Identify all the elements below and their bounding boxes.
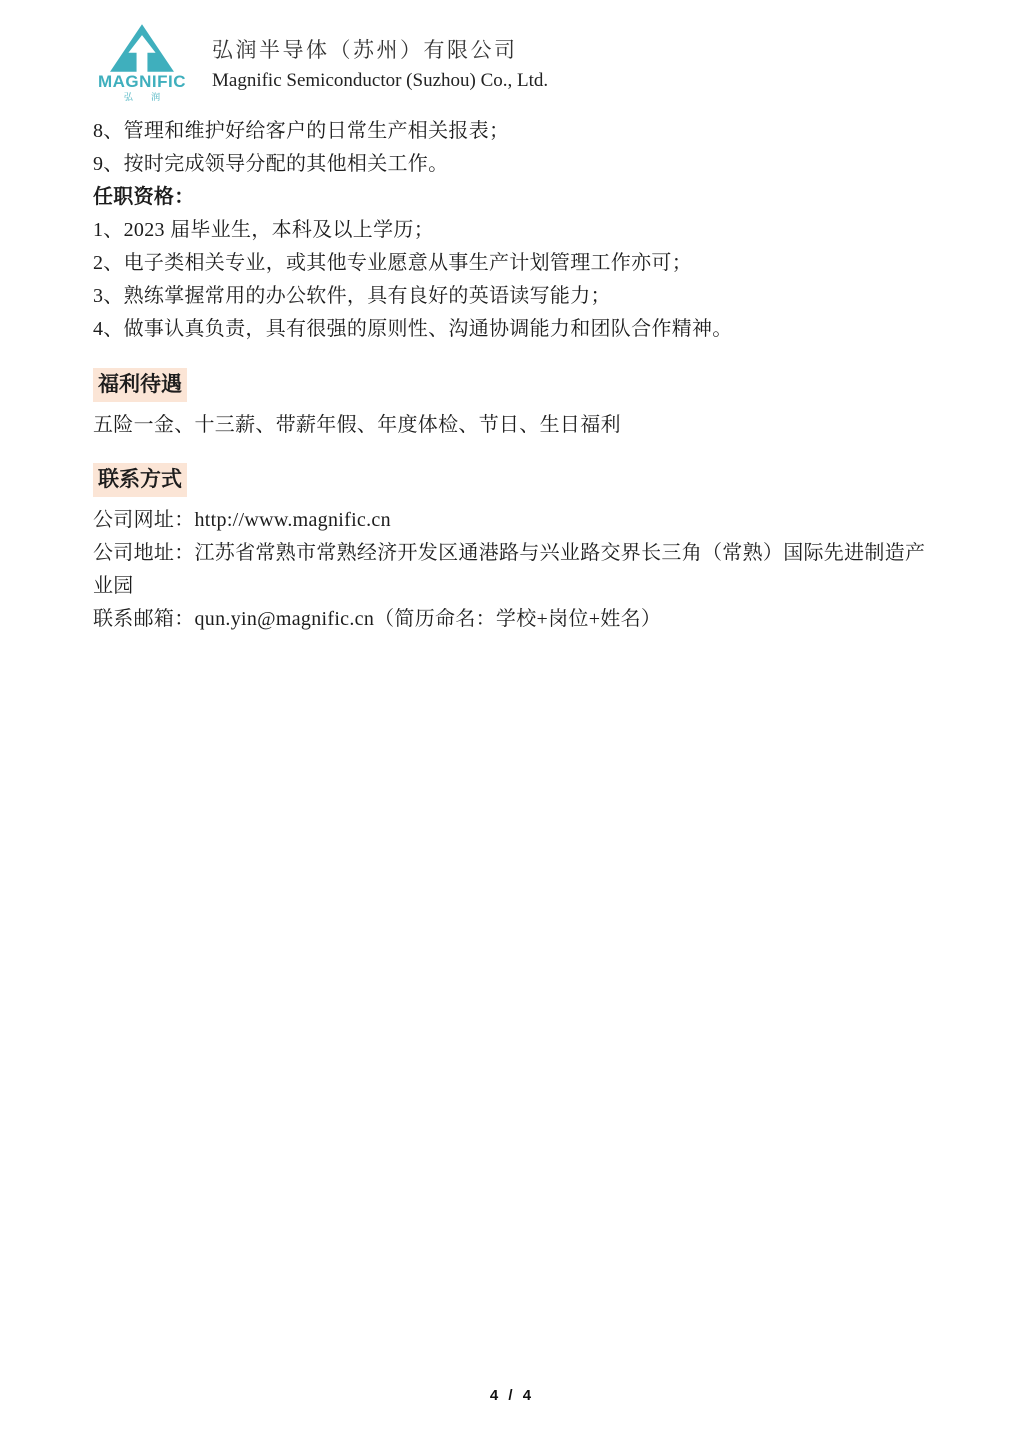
- contact-address: 公司地址：江苏省常熟市常熟经济开发区通港路与兴业路交界长三角（常熟）国际先进制造…: [93, 537, 936, 603]
- qualification-item: 4、做事认真负责，具有很强的原则性、沟通协调能力和团队合作精神。: [93, 313, 936, 346]
- document-page: MAGNIFIC 弘 润 弘润半导体（苏州）有限公司 Magnific Semi…: [0, 0, 1024, 1448]
- contact-website: 公司网址：http://www.magnific.cn: [93, 504, 936, 537]
- logo-brand-chinese: 弘 润: [90, 91, 194, 103]
- magnific-logo-icon: [90, 24, 194, 72]
- document-body: 8、管理和维护好给客户的日常生产相关报表； 9、按时完成领导分配的其他相关工作。…: [93, 115, 936, 636]
- qualification-item: 1、2023 届毕业生，本科及以上学历；: [93, 214, 936, 247]
- qualification-item: 3、熟练掌握常用的办公软件，具有良好的英语读写能力；: [93, 280, 936, 313]
- contact-email: 联系邮箱：qun.yin@magnific.cn（简历命名：学校+岗位+姓名）: [93, 603, 936, 636]
- qualifications-heading: 任职资格：: [93, 181, 936, 214]
- logo-brand-text: MAGNIFIC: [90, 73, 194, 91]
- company-logo: MAGNIFIC 弘 润: [90, 24, 194, 103]
- contact-heading: 联系方式: [93, 463, 187, 497]
- company-name-english: Magnific Semiconductor (Suzhou) Co., Ltd…: [212, 67, 548, 95]
- duty-line: 8、管理和维护好给客户的日常生产相关报表；: [93, 115, 936, 148]
- company-name-chinese: 弘润半导体（苏州）有限公司: [212, 35, 548, 65]
- company-names: 弘润半导体（苏州）有限公司 Magnific Semiconductor (Su…: [212, 33, 548, 95]
- benefits-heading: 福利待遇: [93, 368, 187, 402]
- qualification-item: 2、电子类相关专业，或其他专业愿意从事生产计划管理工作亦可；: [93, 247, 936, 280]
- page-number: 4 / 4: [0, 1387, 1024, 1404]
- benefits-text: 五险一金、十三薪、带薪年假、年度体检、节日、生日福利: [93, 409, 936, 442]
- duty-line: 9、按时完成领导分配的其他相关工作。: [93, 148, 936, 181]
- company-header: MAGNIFIC 弘 润 弘润半导体（苏州）有限公司 Magnific Semi…: [90, 24, 548, 103]
